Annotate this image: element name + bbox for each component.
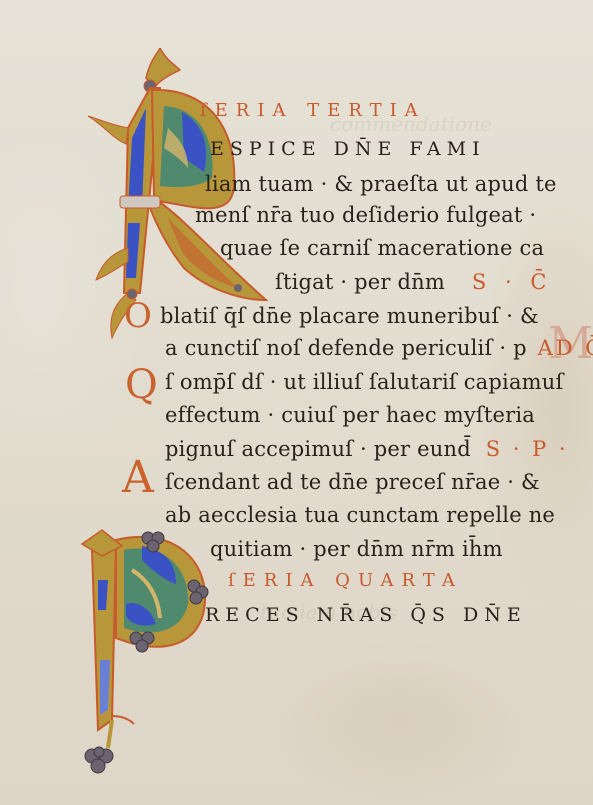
initial-a: A: [122, 452, 154, 503]
text-line: ſ omp̄ſ dſ · ut illiuſ ſalutariſ capiamu…: [165, 370, 563, 394]
initial-q: Q: [125, 362, 158, 408]
text-line-main: a cunctiſ noſ defende periculiſ · p: [165, 336, 527, 360]
parchment-page: commendatione tuo iam nobis: [0, 0, 593, 805]
text-line: ab aecclesia tua cunctam repelle ne: [165, 503, 555, 527]
text-line: a cunctiſ noſ defende periculiſ · p AD C…: [165, 336, 593, 360]
rubric-abbreviation: S · C̄: [472, 270, 552, 294]
illuminated-initial-p: [72, 520, 212, 780]
text-line: pignuſ accepimuſ · per eund̄ S · P ·: [165, 437, 569, 461]
rubric-heading-feria-quarta: ſERIA QUARTA: [228, 570, 463, 591]
text-line-main: pignuſ accepimuſ · per eund̄: [165, 437, 471, 461]
marginal-letter: M: [548, 318, 593, 369]
text-line: RECES NR̄AS Q̄S DN̄E: [205, 604, 527, 626]
text-line: quitiam · per dn̄m nr̄m ih̄m: [210, 537, 503, 561]
initial-o: O: [124, 296, 152, 336]
text-line: ſtigat · per dn̄m S · C̄: [275, 270, 552, 294]
text-line: ſcendant ad te dn̄e preceſ nr̄ae · &: [165, 470, 540, 494]
text-line: menſ nr̄a tuo deſiderio fulgeat ·: [195, 203, 536, 227]
text-line: quae ſe carniſ maceratione ca: [220, 236, 544, 260]
rubric-heading-feria-tertia: ſERIA TERTIA: [200, 100, 426, 121]
text-line: ESPICE DN̄E FAMI: [210, 138, 486, 160]
rubric-abbreviation: S · P ·: [486, 437, 569, 461]
text-line: liam tuam · & praeſta ut apud te: [205, 172, 557, 196]
text-line: blatiſ q̄ſ dn̄e placare muneribuſ · &: [160, 304, 539, 328]
text-line: effectum · cuiuſ per haec myſteria: [165, 403, 535, 427]
text-line-main: ſtigat · per dn̄m: [275, 270, 445, 294]
